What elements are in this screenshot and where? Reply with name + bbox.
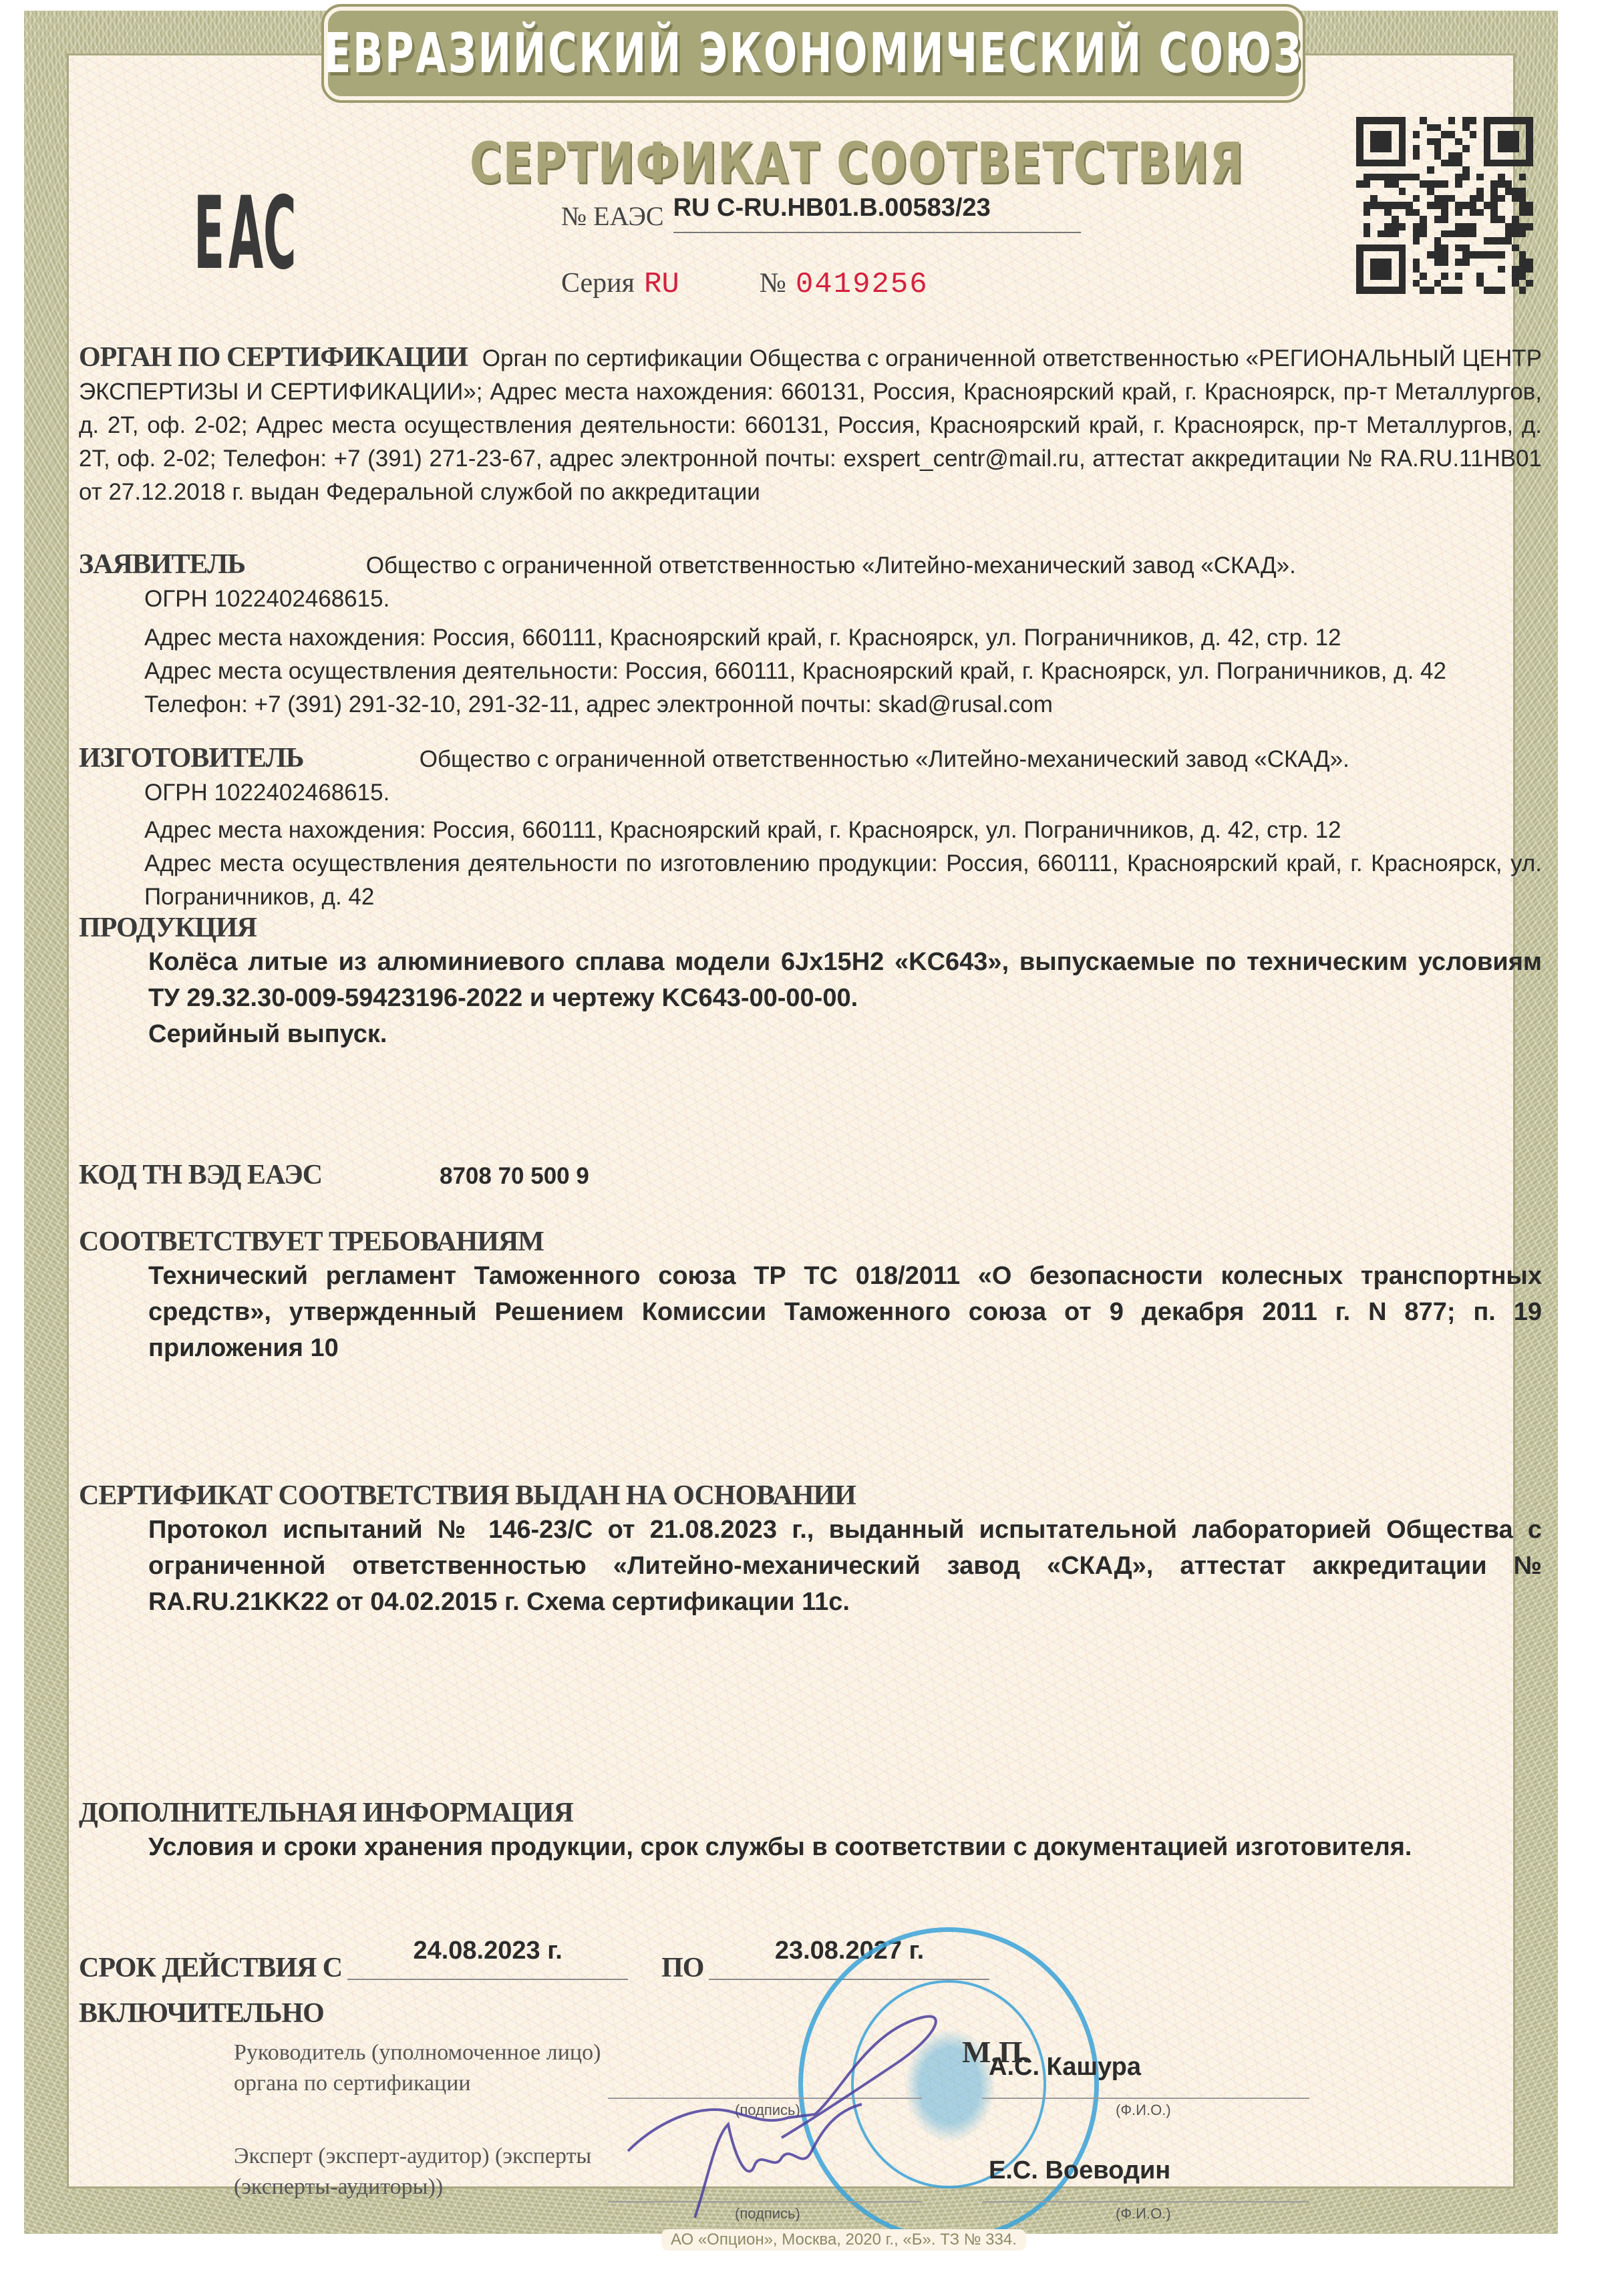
registration-label: № ЕАЭС — [561, 200, 664, 232]
registration-number-row: № ЕАЭС RU C-RU.HB01.B.00583/23 — [561, 200, 1081, 242]
union-banner: ЕВРАЗИЙСКИЙ ЭКОНОМИЧЕСКИЙ СОЮЗ — [324, 7, 1303, 100]
additional-info-heading: ДОПОЛНИТЕЛЬНАЯ ИНФОРМАЦИЯ — [79, 1797, 1542, 1829]
manufacturer-heading: ИЗГОТОВИТЕЛЬ — [79, 742, 413, 775]
qr-code-icon — [1356, 117, 1533, 294]
union-banner-text: ЕВРАЗИЙСКИЙ ЭКОНОМИЧЕСКИЙ СОЮЗ — [324, 22, 1303, 86]
validity-to-label: ПО — [661, 1952, 703, 1984]
basis-section: СЕРТИФИКАТ СООТВЕТСТВИЯ ВЫДАН НА ОСНОВАН… — [79, 1480, 1542, 1620]
requirements-section: СООТВЕТСТВУЕТ ТРЕБОВАНИЯМ Технический ре… — [79, 1226, 1542, 1366]
manufacturer-section: ИЗГОТОВИТЕЛЬ Общество с ограниченной отв… — [79, 742, 1542, 914]
series-value: RU — [644, 268, 679, 301]
certificate-title: СЕРТИФИКАТ СООТВЕТСТВИЯ — [470, 130, 1147, 196]
head-label: Руководитель (уполномоченное лицо) орган… — [234, 2037, 608, 2099]
manufacturer-ogrn: ОГРН 1022402468615. — [144, 776, 1542, 810]
manufacturer-address-location: Адрес места нахождения: Россия, 660111, … — [144, 814, 1542, 847]
validity-from-label: СРОК ДЕЙСТВИЯ С — [79, 1952, 342, 1984]
validity-from-date: 24.08.2023 г. — [347, 1937, 628, 1980]
head-name-line: А.С. Кашура (Ф.И.О.) — [982, 2058, 1309, 2099]
series-label: Серия — [561, 267, 635, 299]
hs-code-value: 8708 70 500 9 — [440, 1160, 589, 1193]
expert-name-line: Е.С. Воеводин (Ф.И.О.) — [982, 2161, 1309, 2202]
applicant-contacts: Телефон: +7 (391) 291-32-10, 291-32-11, … — [144, 688, 1542, 721]
form-number: 0419256 — [796, 268, 929, 301]
product-production-type: Серийный выпуск. — [79, 1016, 1542, 1052]
applicant-section: ЗАЯВИТЕЛЬ Общество с ограниченной ответс… — [79, 548, 1542, 721]
printer-imprint: АО «Опцион», Москва, 2020 г., «Б». ТЗ № … — [661, 2229, 1026, 2251]
manufacturer-address-production: Адрес места осуществления деятельности п… — [144, 847, 1542, 914]
number-label: № — [760, 267, 786, 299]
manufacturer-name: Общество с ограниченной ответственностью… — [420, 746, 1349, 772]
applicant-name: Общество с ограниченной ответственностью… — [366, 552, 1296, 579]
head-name-caption: (Ф.И.О.) — [1116, 2102, 1171, 2119]
additional-info-section: ДОПОЛНИТЕЛЬНАЯ ИНФОРМАЦИЯ Условия и срок… — [79, 1797, 1542, 1865]
basis-heading: СЕРТИФИКАТ СООТВЕТСТВИЯ ВЫДАН НА ОСНОВАН… — [79, 1480, 1542, 1512]
expert-name-caption: (Ф.И.О.) — [1116, 2205, 1171, 2223]
product-section: ПРОДУКЦИЯ Колёса литые из алюминиевого с… — [79, 912, 1542, 1052]
expert-label: Эксперт (эксперт-аудитор) (эксперты (экс… — [234, 2141, 608, 2202]
additional-info-text: Условия и сроки хранения продукции, срок… — [79, 1829, 1542, 1865]
requirements-heading: СООТВЕТСТВУЕТ ТРЕБОВАНИЯМ — [79, 1226, 1542, 1258]
certification-body-heading: ОРГАН ПО СЕРТИФИКАЦИИ — [79, 342, 468, 373]
basis-text: Протокол испытаний № 146-23/С от 21.08.2… — [79, 1512, 1542, 1620]
applicant-heading: ЗАЯВИТЕЛЬ — [79, 548, 359, 581]
hs-code-heading: КОД ТН ВЭД ЕАЭС — [79, 1159, 440, 1191]
series-row: Серия RU № 0419256 — [561, 267, 929, 301]
product-description: Колёса литые из алюминиевого сплава моде… — [79, 944, 1542, 1016]
expert-signature-icon — [675, 2098, 889, 2231]
applicant-ogrn: ОГРН 1022402468615. — [144, 583, 1542, 616]
requirements-text: Технический регламент Таможенного союза … — [79, 1258, 1542, 1366]
hs-code-section: КОД ТН ВЭД ЕАЭС 8708 70 500 9 — [79, 1159, 1542, 1193]
applicant-address-location: Адрес места нахождения: Россия, 660111, … — [144, 621, 1542, 655]
eac-logo-icon: ЕАС — [194, 180, 294, 287]
seal-place-label: М.П. — [962, 2034, 1030, 2070]
product-heading: ПРОДУКЦИЯ — [79, 912, 1542, 944]
registration-number: RU C-RU.HB01.B.00583/23 — [673, 194, 1081, 233]
certification-body-section: ОРГАН ПО СЕРТИФИКАЦИИ Орган по сертифика… — [79, 341, 1542, 509]
applicant-address-activity: Адрес места осуществления деятельности: … — [144, 655, 1542, 688]
expert-name: Е.С. Воеводин — [989, 2156, 1170, 2185]
